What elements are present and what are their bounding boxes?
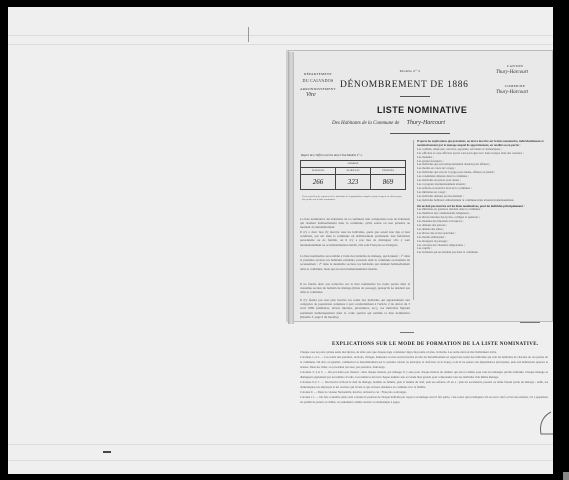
arrondissement-label: ARRONDISSEMENT (298, 87, 338, 91)
divider-rule (390, 133, 450, 134)
canton-label: CANTON (500, 64, 530, 68)
fold-line (8, 35, 553, 36)
commune-subtitle: Des Habitants de la Commune de Thury-Har… (332, 120, 445, 126)
divider-rule (400, 96, 430, 97)
left-paragraph: La liste nominative sera établie à l'aid… (300, 254, 410, 271)
left-paragraph: Il n'y faudra pas non plus inscrire les … (300, 298, 410, 319)
subtitle-commune: Thury-Harcourt (407, 120, 445, 126)
departement-label: DÉPARTEMENT (298, 72, 338, 76)
table-header: NOMBRE (301, 161, 405, 168)
left-paragraph: La liste nominative des habitants de la … (300, 217, 410, 230)
fold-line (8, 44, 553, 45)
column-divider (413, 140, 414, 300)
explanation-paragraph: Colonnes 6 et 7. — On inscrira d'abord l… (300, 380, 548, 390)
divider-rule (520, 322, 540, 323)
column-header-maisons: DE MAISONS (301, 168, 336, 174)
page-curl-corner (535, 410, 555, 438)
table-column-headers: DE MAISONS DE MÉNAGES D'INDIVIDUS (301, 168, 405, 175)
list-title: LISTE NOMINATIVE (377, 105, 467, 115)
column-header-individus: D'INDIVIDUS (371, 168, 405, 174)
scan-corner-marker (563, 472, 569, 480)
model-number: Modèle n° 2 (395, 69, 425, 73)
value-individus: 869 (371, 175, 405, 190)
value-maisons: 266 (301, 175, 336, 190)
left-paragraph: Il ne faudra donc pas transcrire sur la … (300, 282, 410, 295)
exclude-item: Les nomades qui ne résident pas dans la … (417, 251, 547, 255)
commune-value: Thury-Harcourt (496, 90, 528, 95)
table-row: 266 323 869 (301, 175, 405, 190)
right-instructions: D'après les explications qui précèdent, … (417, 140, 547, 255)
subtitle-prefix: Des Habitants de la Commune de (332, 121, 399, 126)
explanation-paragraph: Colonnes 3, 4 et 5. — On procédera par m… (300, 370, 548, 380)
divider-rule (400, 332, 414, 333)
table-note: Il n'y a pas lieu de reporter ici les in… (302, 195, 402, 201)
include-item: Les individus habitant ordinairement la … (417, 199, 547, 203)
explanation-paragraph: Colonne 11. — On fera connaître dans cet… (300, 395, 548, 405)
document-title: DÉNOMBREMENT DE 1886 (340, 80, 468, 90)
left-paragraph: Il n'y a donc lieu d'y inscrire tous les… (300, 230, 410, 247)
arrondissement-value: Vire (306, 92, 316, 98)
explanations-title: EXPLICATIONS SUR LE MODE DE FORMATION DE… (332, 342, 539, 347)
summary-table: Report des chiffres inscrits dans l'état… (300, 160, 406, 190)
fold-line (8, 444, 553, 445)
commune-label: COMMUNE (500, 84, 530, 88)
value-menages: 323 (336, 175, 371, 190)
column-header-menages: DE MÉNAGES (336, 168, 371, 174)
pencil-mark (248, 27, 249, 42)
departement-value: DU CALVADOS (298, 78, 338, 83)
canton-value: Thury-Harcourt (496, 70, 528, 75)
explanation-paragraph: Colonnes 1 et 2. — Les noms des quartier… (300, 355, 548, 370)
table-caption: Report des chiffres inscrits dans l'état… (301, 153, 421, 157)
explanations-body: Chaque case ne porte qu'une seule inscri… (300, 350, 548, 405)
ink-mark (103, 451, 111, 453)
fold-line (8, 460, 553, 461)
document-binding-edge (288, 52, 294, 324)
